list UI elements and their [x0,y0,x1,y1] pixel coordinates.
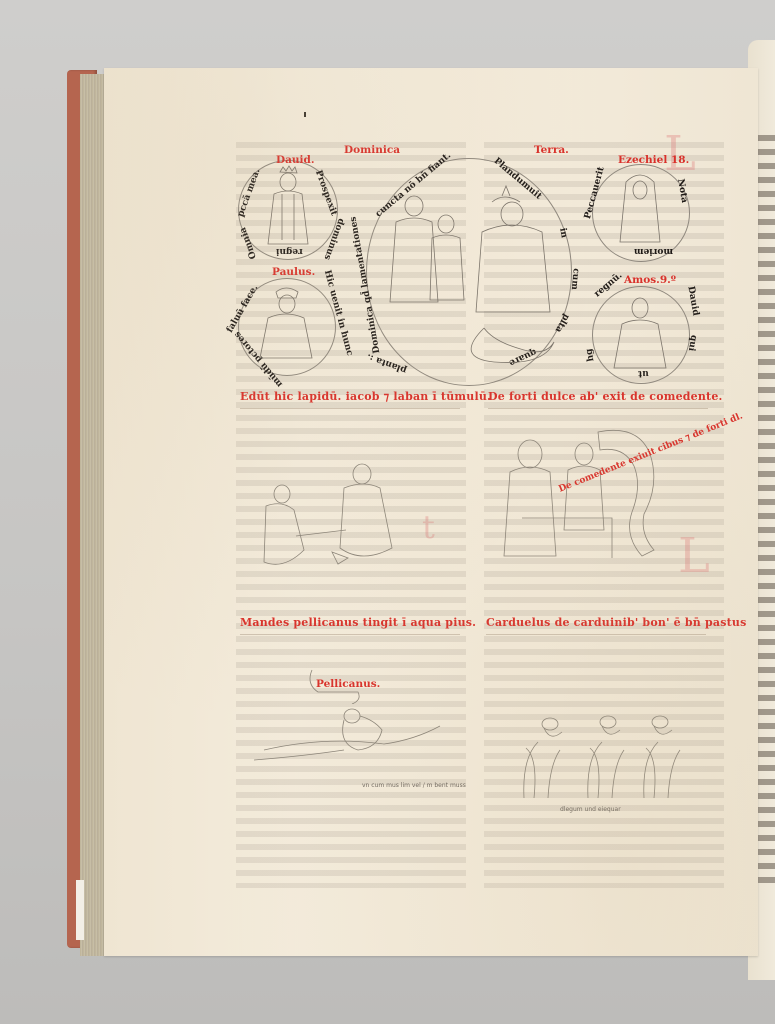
book-page: L L t Dauid. pccā mea. Omnia Prospexit d… [104,68,758,956]
caption-pellicanus: Mandes pellicanus tingit ī aqua pius. [240,616,476,629]
caption-jacob-laban: Edūt hic lapidū. iacob ⁊ laban ī tūmulū. [240,390,491,403]
label-dominica: Dominica [344,144,400,156]
paul-figure-icon [254,282,318,364]
label-pellicanus: Pellicanus. [316,678,380,690]
ink-mark [304,112,306,117]
jacob-laban-illustration-icon [252,460,412,590]
show-through-initial: t [422,508,435,546]
marginal-note: vn cum mus lim vel / m bent muss [362,782,466,789]
goldfinches-thistles-illustration-icon [504,712,694,802]
label-terra: Terra. [534,144,569,156]
divider [488,408,708,409]
pelican-illustration-icon [254,698,454,778]
adam-eve-serpent-scene-icon [374,178,564,368]
divider [486,634,706,635]
label-ezechiel: Ezechiel 18. [618,154,689,166]
king-david-figure-icon [256,164,320,248]
caption-forti-dulce: De forti dulce ab' exit de comedente. [488,390,723,403]
caption-carduelus: Carduelus de carduinib' bon' ē bn̄ pastu… [486,616,747,629]
amos-figure-icon [608,290,672,372]
arc-text: cum [569,268,581,290]
label-paulus: Paulus. [272,266,315,278]
divider [240,408,460,409]
samson-banquet-illustration-icon [502,428,662,568]
page-block-edge [80,74,104,956]
show-through-initial: L [678,528,710,584]
marginal-note: dlegum und eiequar [560,806,621,813]
divider [240,634,460,635]
arc-text: hg [584,348,596,362]
label-amos: Amos.9.º [624,274,676,286]
endpaper-edge [76,880,84,940]
ezekiel-figure-icon [608,168,672,248]
